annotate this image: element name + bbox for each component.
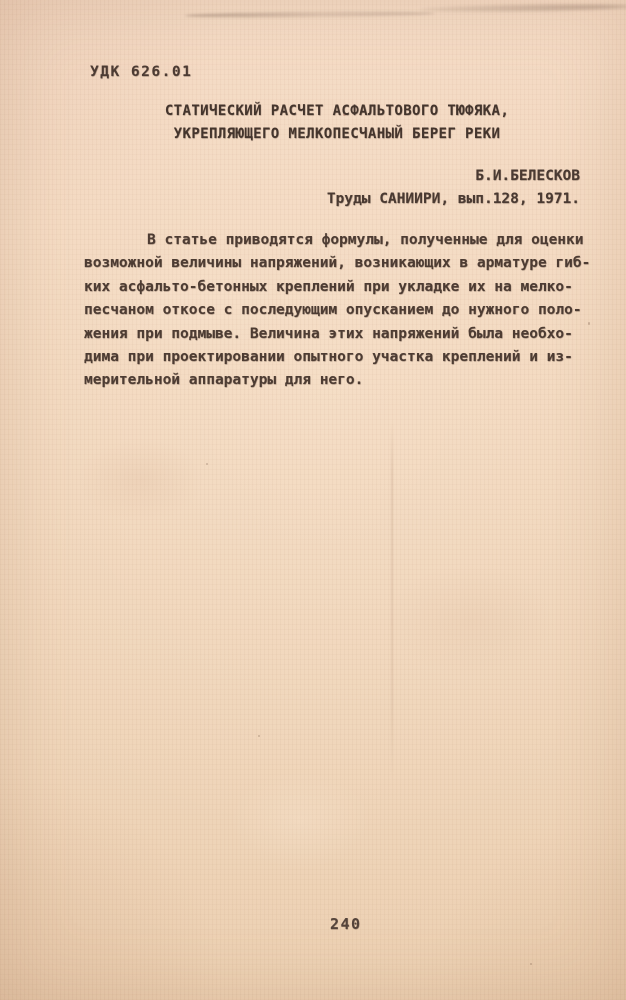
ink-smudge-top-right [420,4,626,13]
paper-crease [391,420,393,780]
author-name: Б.И.БЕЛЕСКОВ [84,165,580,188]
udc-number: УДК 626.01 [90,62,192,82]
abstract-paragraph: В статье приводятся формулы, полученные … [84,229,596,393]
byline: Б.И.БЕЛЕСКОВ Труды САНИИРИ, вып.128, 197… [84,165,580,211]
paper-speck [258,735,260,737]
paper-speck [530,963,532,965]
scanned-page: УДК 626.01 СТАТИЧЕСКИЙ РАСЧЕТ АСФАЛЬТОВО… [0,0,626,1000]
page-number: 240 [330,915,362,933]
paper-mottling [0,0,626,1000]
publication-reference: Труды САНИИРИ, вып.128, 1971. [84,188,580,211]
title-line-1: СТАТИЧЕСКИЙ РАСЧЕТ АСФАЛЬТОВОГО ТЮФЯКА, [84,100,590,123]
paper-fiber-texture [0,0,626,1000]
article-title: СТАТИЧЕСКИЙ РАСЧЕТ АСФАЛЬТОВОГО ТЮФЯКА, … [84,100,590,146]
abstract-line: песчаном откосе с последующим опусканием… [84,299,596,322]
abstract-line: В статье приводятся формулы, полученные … [84,229,596,252]
abstract-line: жения при подмыве. Величина этих напряже… [84,323,596,346]
title-line-2: УКРЕПЛЯЮЩЕГО МЕЛКОПЕСЧАНЫЙ БЕРЕГ РЕКИ [84,123,590,146]
abstract-line: возможной величины напряжений, возникающ… [84,252,596,275]
abstract-line: мерительной аппаратуры для него. [84,369,596,392]
abstract-line: ких асфальто-бетонных креплений при укла… [84,276,596,299]
abstract-line: дима при проектировании опытного участка… [84,346,596,369]
paper-speck [206,463,208,465]
ink-smudge-top-left [185,11,435,18]
